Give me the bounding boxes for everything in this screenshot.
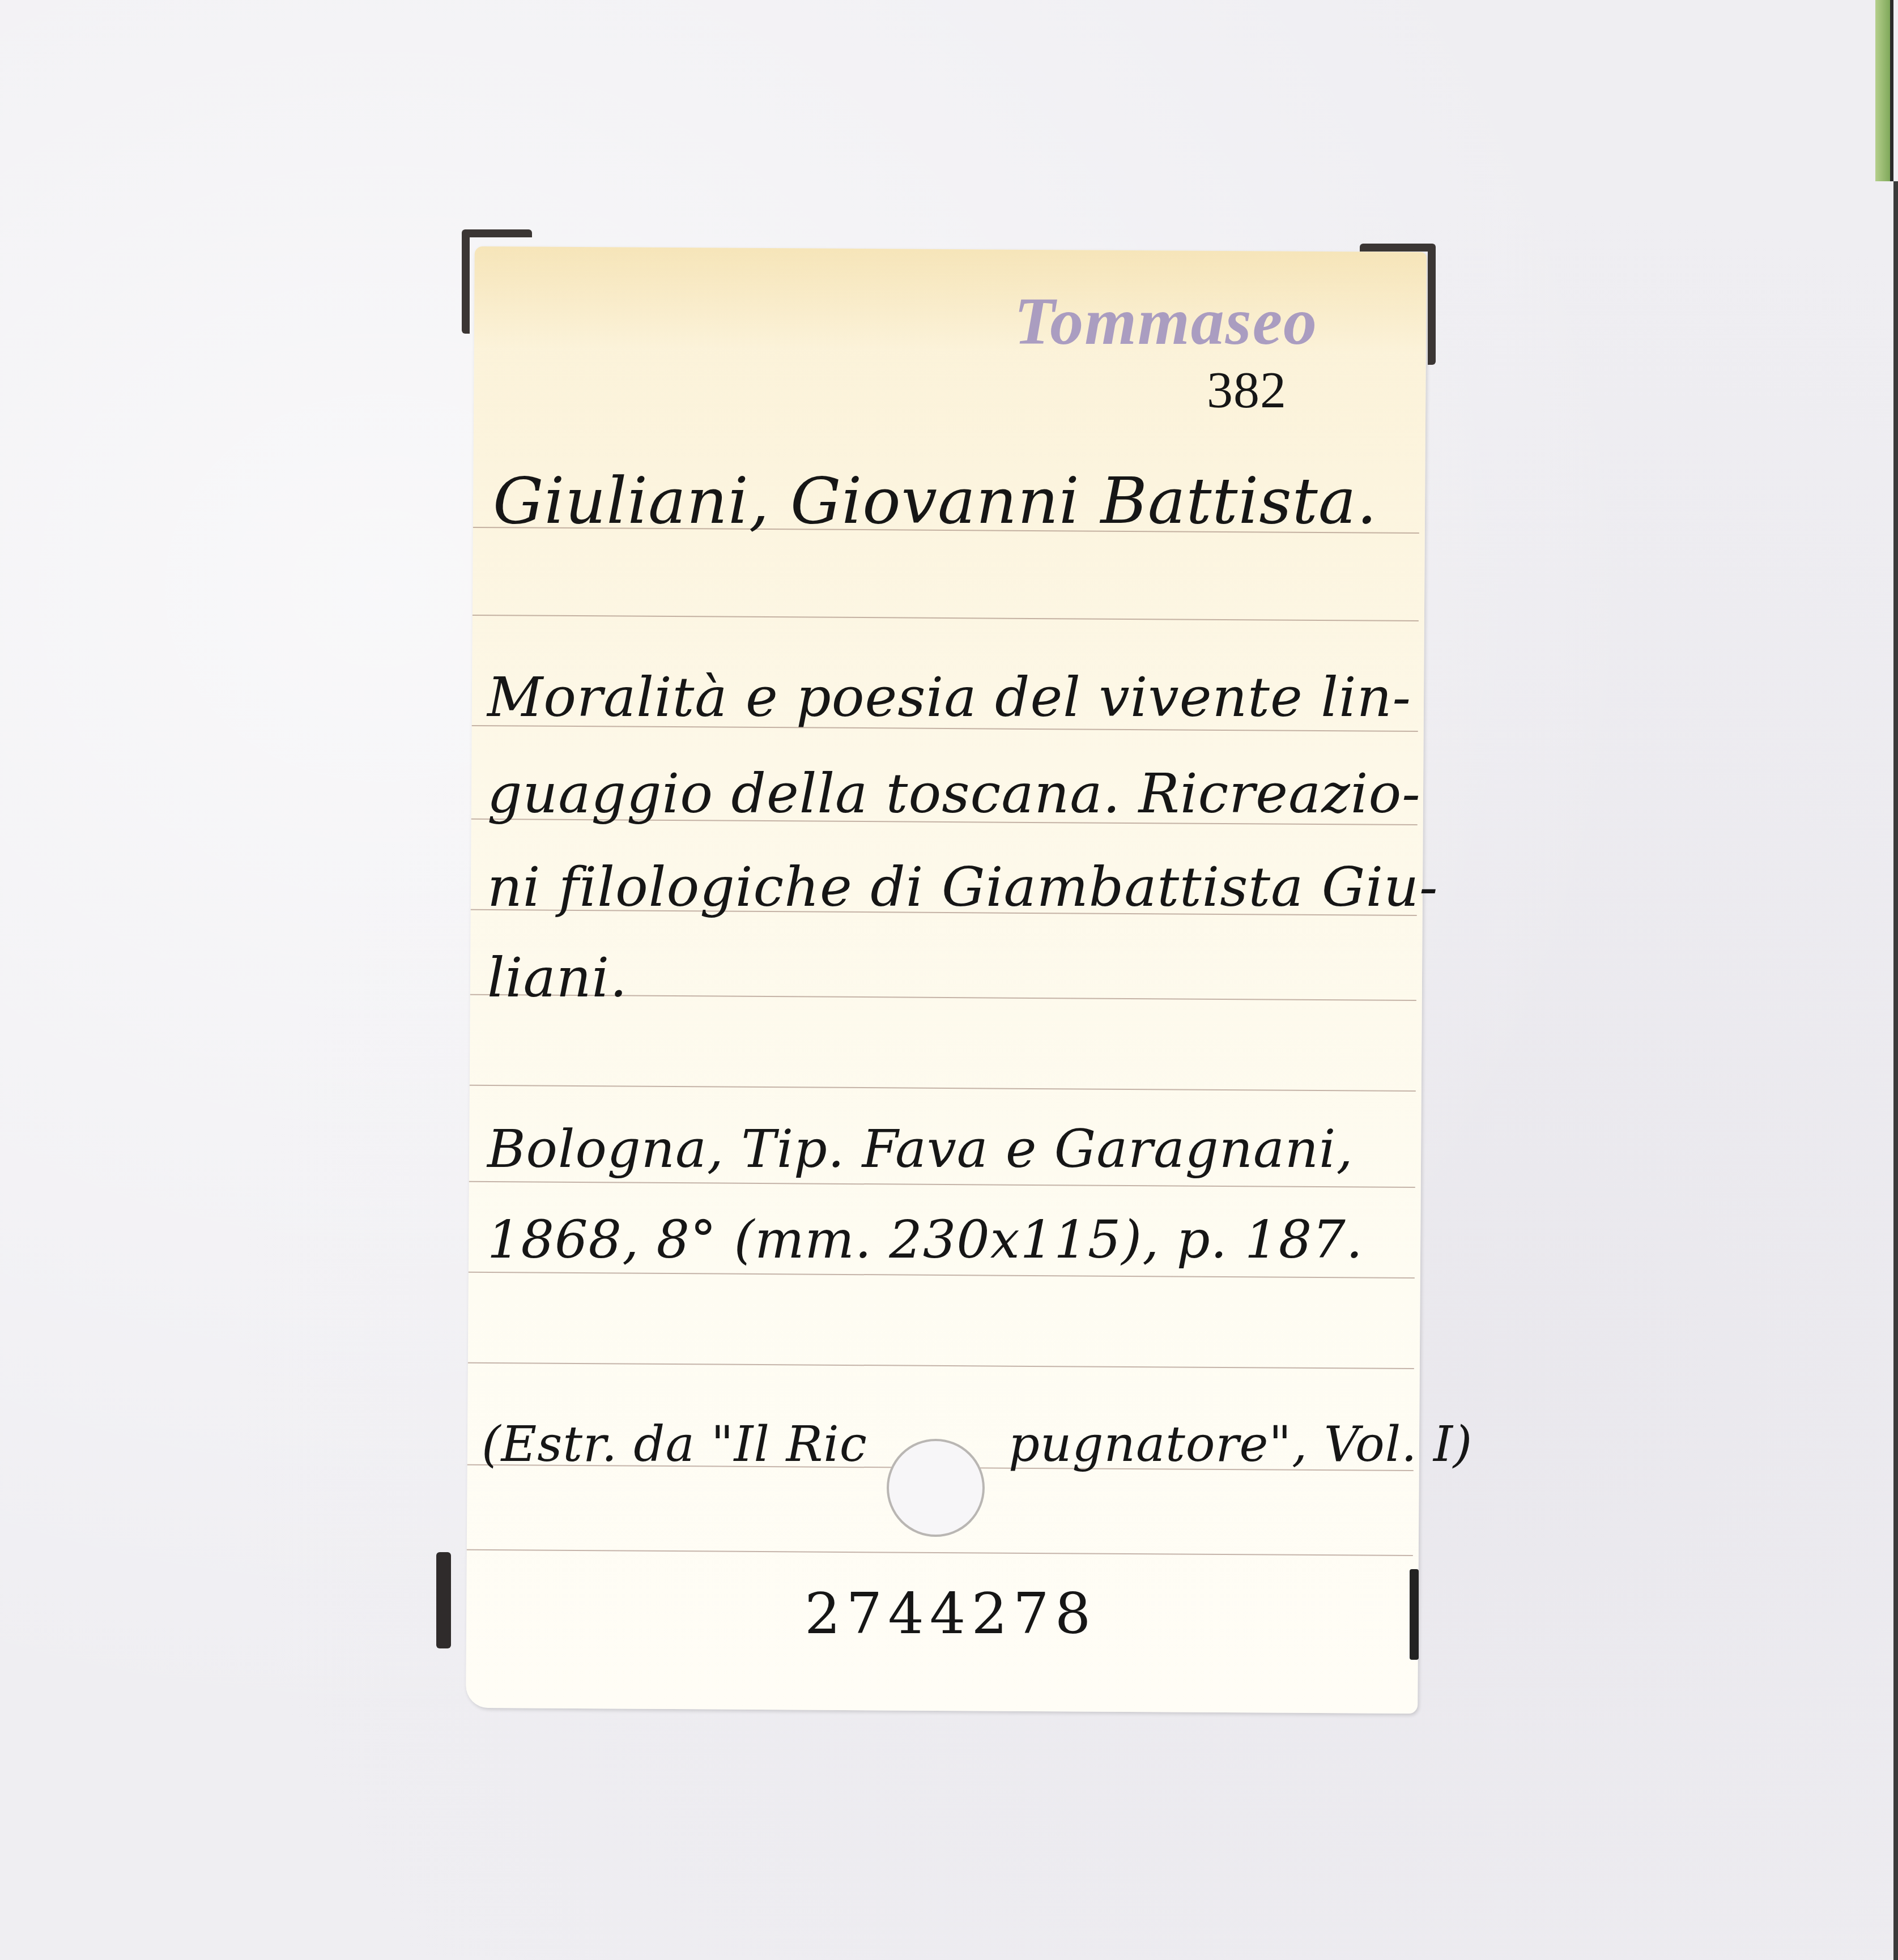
ruled-line [470,1085,1416,1092]
scanner-edge-strip [1875,0,1893,181]
author-heading: Giuliani, Giovanni Battista. [493,465,1377,538]
title-line: guaggio della toscana. Ricreazio- [487,762,1421,825]
imprint-line: Bologna, Tip. Fava e Garagnani, [487,1119,1354,1179]
title-line: Moralità e poesia del vivente lin- [487,666,1411,729]
corner-mount-top-left [462,229,532,334]
ruled-line [469,1272,1415,1279]
shelf-number: 382 [1207,360,1287,420]
ruled-line [473,615,1419,621]
punch-hole [887,1439,985,1537]
extract-note-start: (Estr. da "Il Ric [482,1416,867,1473]
title-line: ni filologiche di Giambattista Giu- [487,855,1438,919]
collection-stamp: Tommaseo [1014,283,1318,360]
corner-mount-top-right [1360,244,1436,365]
corner-mount-bottom-right [1410,1569,1419,1660]
title-line: liani. [487,946,628,1009]
extract-note-end: pugnatore", Vol. I) [1008,1416,1473,1473]
ruled-line [467,1549,1413,1556]
scanner-border [1893,181,1898,1960]
corner-mount-bottom-left [436,1552,451,1648]
imprint-line: 1868, 8° (mm. 230x115), p. 187. [487,1209,1363,1270]
accession-number: 2744278 [805,1580,1096,1647]
ruled-line [469,1181,1415,1188]
ruled-line [468,1362,1414,1369]
